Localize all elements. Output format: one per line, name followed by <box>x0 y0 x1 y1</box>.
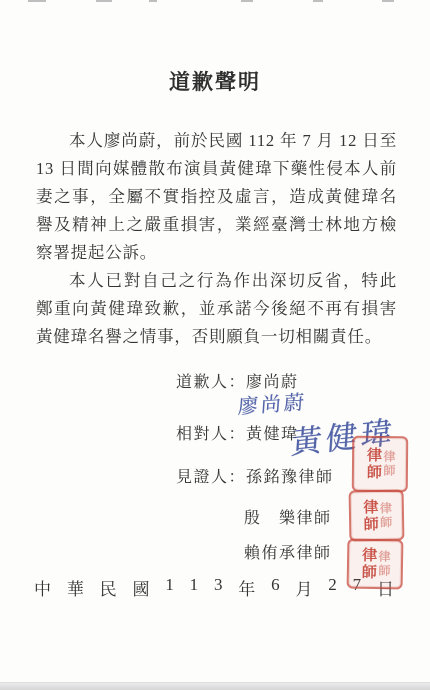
red-lawyer-seal-3: 律師 律師 <box>347 539 404 590</box>
date-char: 3 <box>214 575 223 600</box>
date-char: 民 <box>100 575 117 600</box>
document-body: 本人廖尚蔚，前於民國 112 年 7 月 12 日至 13 日間向媒體散布演員黃… <box>36 127 397 351</box>
paragraph-apology: 本人已對自己之行為作出深切反省，特此鄭重向黃健瑋致歉，並承諾今後絕不再有損害黃健… <box>36 267 397 351</box>
witness-line-1: 見證人：孫銘豫律師 <box>176 464 334 487</box>
counterparty-line: 相對人：黃健瑋 <box>176 421 299 444</box>
scan-bottom-edge <box>0 682 430 690</box>
date-char: 1 <box>190 575 199 600</box>
paragraph-accusation: 本人廖尚蔚，前於民國 112 年 7 月 12 日至 13 日間向媒體散布演員黃… <box>36 127 397 267</box>
seal-text: 律師 <box>365 447 380 481</box>
page-edge-fragment <box>382 0 394 2</box>
page-edge-fragment <box>149 0 157 2</box>
seal-text-ghost: 律師 <box>378 550 390 578</box>
seal-text-ghost: 律師 <box>383 450 395 478</box>
date-char: 1 <box>165 575 174 600</box>
red-lawyer-seal-1: 律師 律師 <box>352 436 408 492</box>
page-edge-fragment <box>313 0 323 2</box>
date-char: 中 <box>34 575 51 600</box>
seal-text: 律師 <box>361 499 377 533</box>
document-title: 道歉聲明 <box>0 66 430 96</box>
date-char: 2 <box>328 575 337 600</box>
date-line: 中華民國113年6月27日 <box>34 575 394 600</box>
page-edge-fragment <box>241 0 253 2</box>
date-char: 國 <box>132 575 149 600</box>
apology-statement-page: 道歉聲明 本人廖尚蔚，前於民國 112 年 7 月 12 日至 13 日間向媒體… <box>0 0 430 690</box>
page-edge-fragment <box>28 0 46 2</box>
date-char: 6 <box>271 575 280 600</box>
date-char: 華 <box>67 575 84 600</box>
witness-line-3: 賴侑承律師 <box>244 540 332 563</box>
apologizer-handwritten-signature: 廖尚蔚 <box>237 385 308 419</box>
witness-line-2: 殷 樂律師 <box>244 505 332 528</box>
page-edge-fragment <box>96 0 112 2</box>
date-char: 月 <box>295 575 312 600</box>
seal-text: 律師 <box>360 547 376 581</box>
date-char: 年 <box>238 575 255 600</box>
seal-text-ghost: 律師 <box>379 501 391 529</box>
red-lawyer-seal-2: 律師 律師 <box>349 490 405 542</box>
